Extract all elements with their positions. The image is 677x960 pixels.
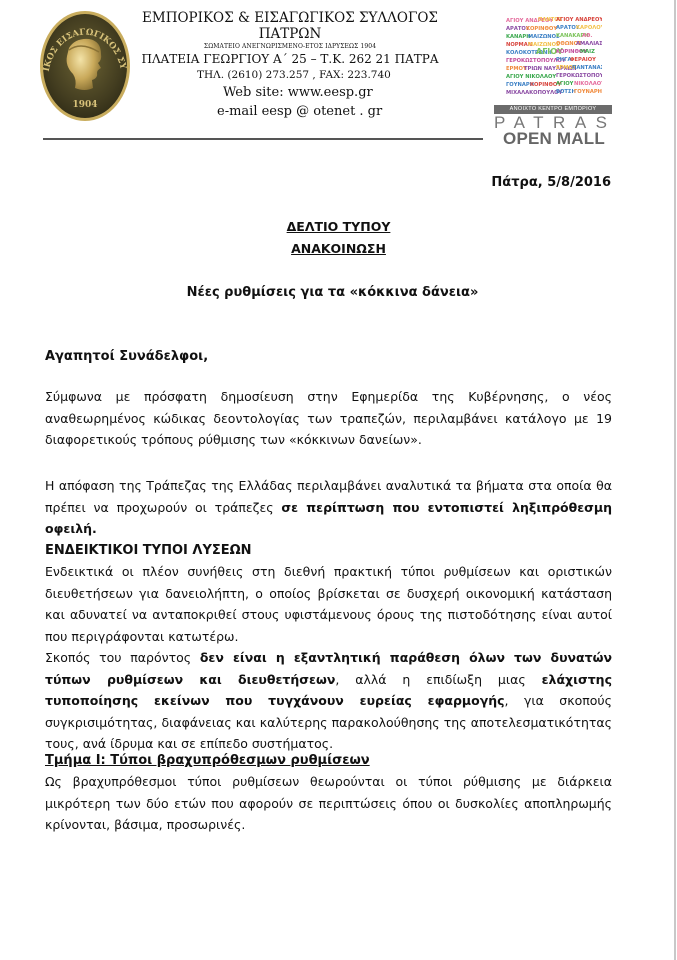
organization-city: ΠΑΤΡΩΝ	[140, 27, 440, 42]
organization-name: ΕΜΠΟΡΙΚΟΣ & ΕΙΣΑΓΩΓΙΚΟΣ ΣΥΛΛΟΓΟΣ	[140, 10, 440, 27]
organization-address: ΠΛΑΤΕΙΑ ΓΕΩΡΓΙΟΥ Α΄ 25 – Τ.Κ. 262 21 ΠΑΤ…	[140, 52, 440, 67]
paragraph-short-term: Ως βραχυπρόθεσμοι τύποι ρυθμίσεων θεωρού…	[45, 771, 612, 836]
mall-name-label: OPEN MALL	[494, 130, 614, 148]
patras-open-mall-logo: ΑΓΙΟΥ ΑΝΔΡΕΟΥΠΑΝΤΟΣ ΑΡΑΤΟΥΚΟΡΙΝΘΟΥ ΚΑΝΑΡ…	[494, 8, 614, 143]
svg-text:ΒΟΤΣΗ: ΒΟΤΣΗ	[556, 89, 576, 95]
paragraph-bank-of-greece: Η απόφαση της Τράπεζας της Ελλάδας περιλ…	[45, 475, 612, 540]
document-title-announcement: ΑΝΑΚΟΙΝΩΣΗ	[0, 241, 677, 256]
svg-text:ΠΑΝΤΑΝΑΣΣΗΣ: ΠΑΝΤΑΝΑΣΣΗΣ	[572, 65, 602, 71]
document-title-press-release: ΔΕΛΤΙΟ ΤΥΠΟΥ	[0, 219, 677, 234]
svg-text:ΜΑΙΖ: ΜΑΙΖ	[580, 49, 595, 55]
svg-text:ΚΑΡΟΛΟΥ: ΚΑΡΟΛΟΥ	[576, 25, 602, 31]
svg-text:ΑΜΑΛΙΑΣ: ΑΜΑΛΙΑΣ	[576, 41, 602, 47]
svg-text:ΦΕΡΑΙΟΥ: ΦΕΡΑΙΟΥ	[570, 57, 596, 63]
svg-text:ΓΕΡΟΚΩΣΤΟΠΟΥΛΟΥ: ΓΕΡΟΚΩΣΤΟΠΟΥΛΟΥ	[556, 73, 602, 79]
association-seal-icon: ΕΜΠΟΡΙΚΟΣ ΕΙΣΑΓΩΓΙΚΟΣ ΣΥΛΛΟΓΟΣ 1904	[35, 8, 135, 128]
paragraph-text: , αλλά η επιδίωξη μιας	[335, 672, 541, 687]
svg-text:ΚΑΝΑΡΗ: ΚΑΝΑΡΗ	[506, 34, 531, 40]
svg-text:ΑΘ.: ΑΘ.	[582, 33, 592, 39]
paragraph-purpose: Σκοπός του παρόντος δεν είναι η εξαντλητ…	[45, 647, 612, 755]
svg-text:ΑΓΙΟΥ ΝΙΚΟΛΑΟΥ: ΑΓΙΟΥ ΝΙΚΟΛΑΟΥ	[506, 74, 556, 80]
svg-text:ΑΓΙΟΥ ΑΝΔΡΕΟΥ: ΑΓΙΟΥ ΑΝΔΡΕΟΥ	[556, 17, 602, 23]
organization-letterhead: ΕΜΠΟΡΙΚΟΣ & ΕΙΣΑΓΩΓΙΚΟΣ ΣΥΛΛΟΓΟΣ ΠΑΤΡΩΝ …	[140, 10, 440, 121]
organization-website[interactable]: Web site: www.eesp.gr	[140, 83, 440, 102]
svg-text:ΜΙΧΑΛΑΚΟΠΟΥΛΟΥ: ΜΙΧΑΛΑΚΟΠΟΥΛΟΥ	[506, 90, 562, 96]
section-heading-solution-types: ΕΝΔΕΙΚΤΙΚΟΙ ΤΥΠΟΙ ΛΥΣΕΩΝ	[45, 540, 612, 562]
paragraph-intro: Σύμφωνα με πρόσφατη δημοσίευση στην Εφημ…	[45, 386, 612, 451]
document-date: Πάτρα, 5/8/2016	[491, 175, 611, 190]
svg-text:ΝΙΚΟΛΑΟΥ: ΝΙΚΟΛΑΟΥ	[574, 81, 602, 87]
open-mall-mosaic-icon: ΑΓΙΟΥ ΑΝΔΡΕΟΥΠΑΝΤΟΣ ΑΡΑΤΟΥΚΟΡΙΝΘΟΥ ΚΑΝΑΡ…	[502, 12, 602, 102]
header-divider	[43, 138, 483, 140]
paragraph-solution-types: Ενδεικτικά οι πλέον συνήθεις στη διεθνή …	[45, 561, 612, 647]
organization-subtitle: ΣΩΜΑΤΕΙΟ ΑΝΕΓΝΩΡΙΣΜΕΝΟ-ΕΤΟΣ ΙΔΡΥΣΕΩΣ 190…	[140, 42, 440, 52]
document-subject: Νέες ρυθμίσεις για τα «κόκκινα δάνεια»	[0, 285, 671, 300]
salutation: Αγαπητοί Συνάδελφοι,	[45, 346, 612, 368]
svg-text:ΑΓΙΟΥ: ΑΓΙΟΥ	[556, 81, 574, 87]
paragraph-text: Σκοπός του παρόντος	[45, 650, 200, 665]
organization-phone-fax: ΤΗΛ. (2610) 273.257 , FAX: 223.740	[140, 67, 440, 83]
svg-text:1904: 1904	[72, 100, 97, 110]
svg-text:ΚΟΡΙΝΘΟΥ: ΚΟΡΙΝΘΟΥ	[526, 26, 557, 32]
svg-text:ΓΟΥΝΑΡΗ: ΓΟΥΝΑΡΗ	[574, 89, 602, 95]
organization-email[interactable]: e-mail eesp @ otenet . gr	[140, 102, 440, 121]
page-edge-border	[674, 0, 676, 960]
section-heading-short-term: Τμήμα Ι: Τύποι βραχυπρόθεσμων ρυθμίσεων	[45, 750, 612, 772]
